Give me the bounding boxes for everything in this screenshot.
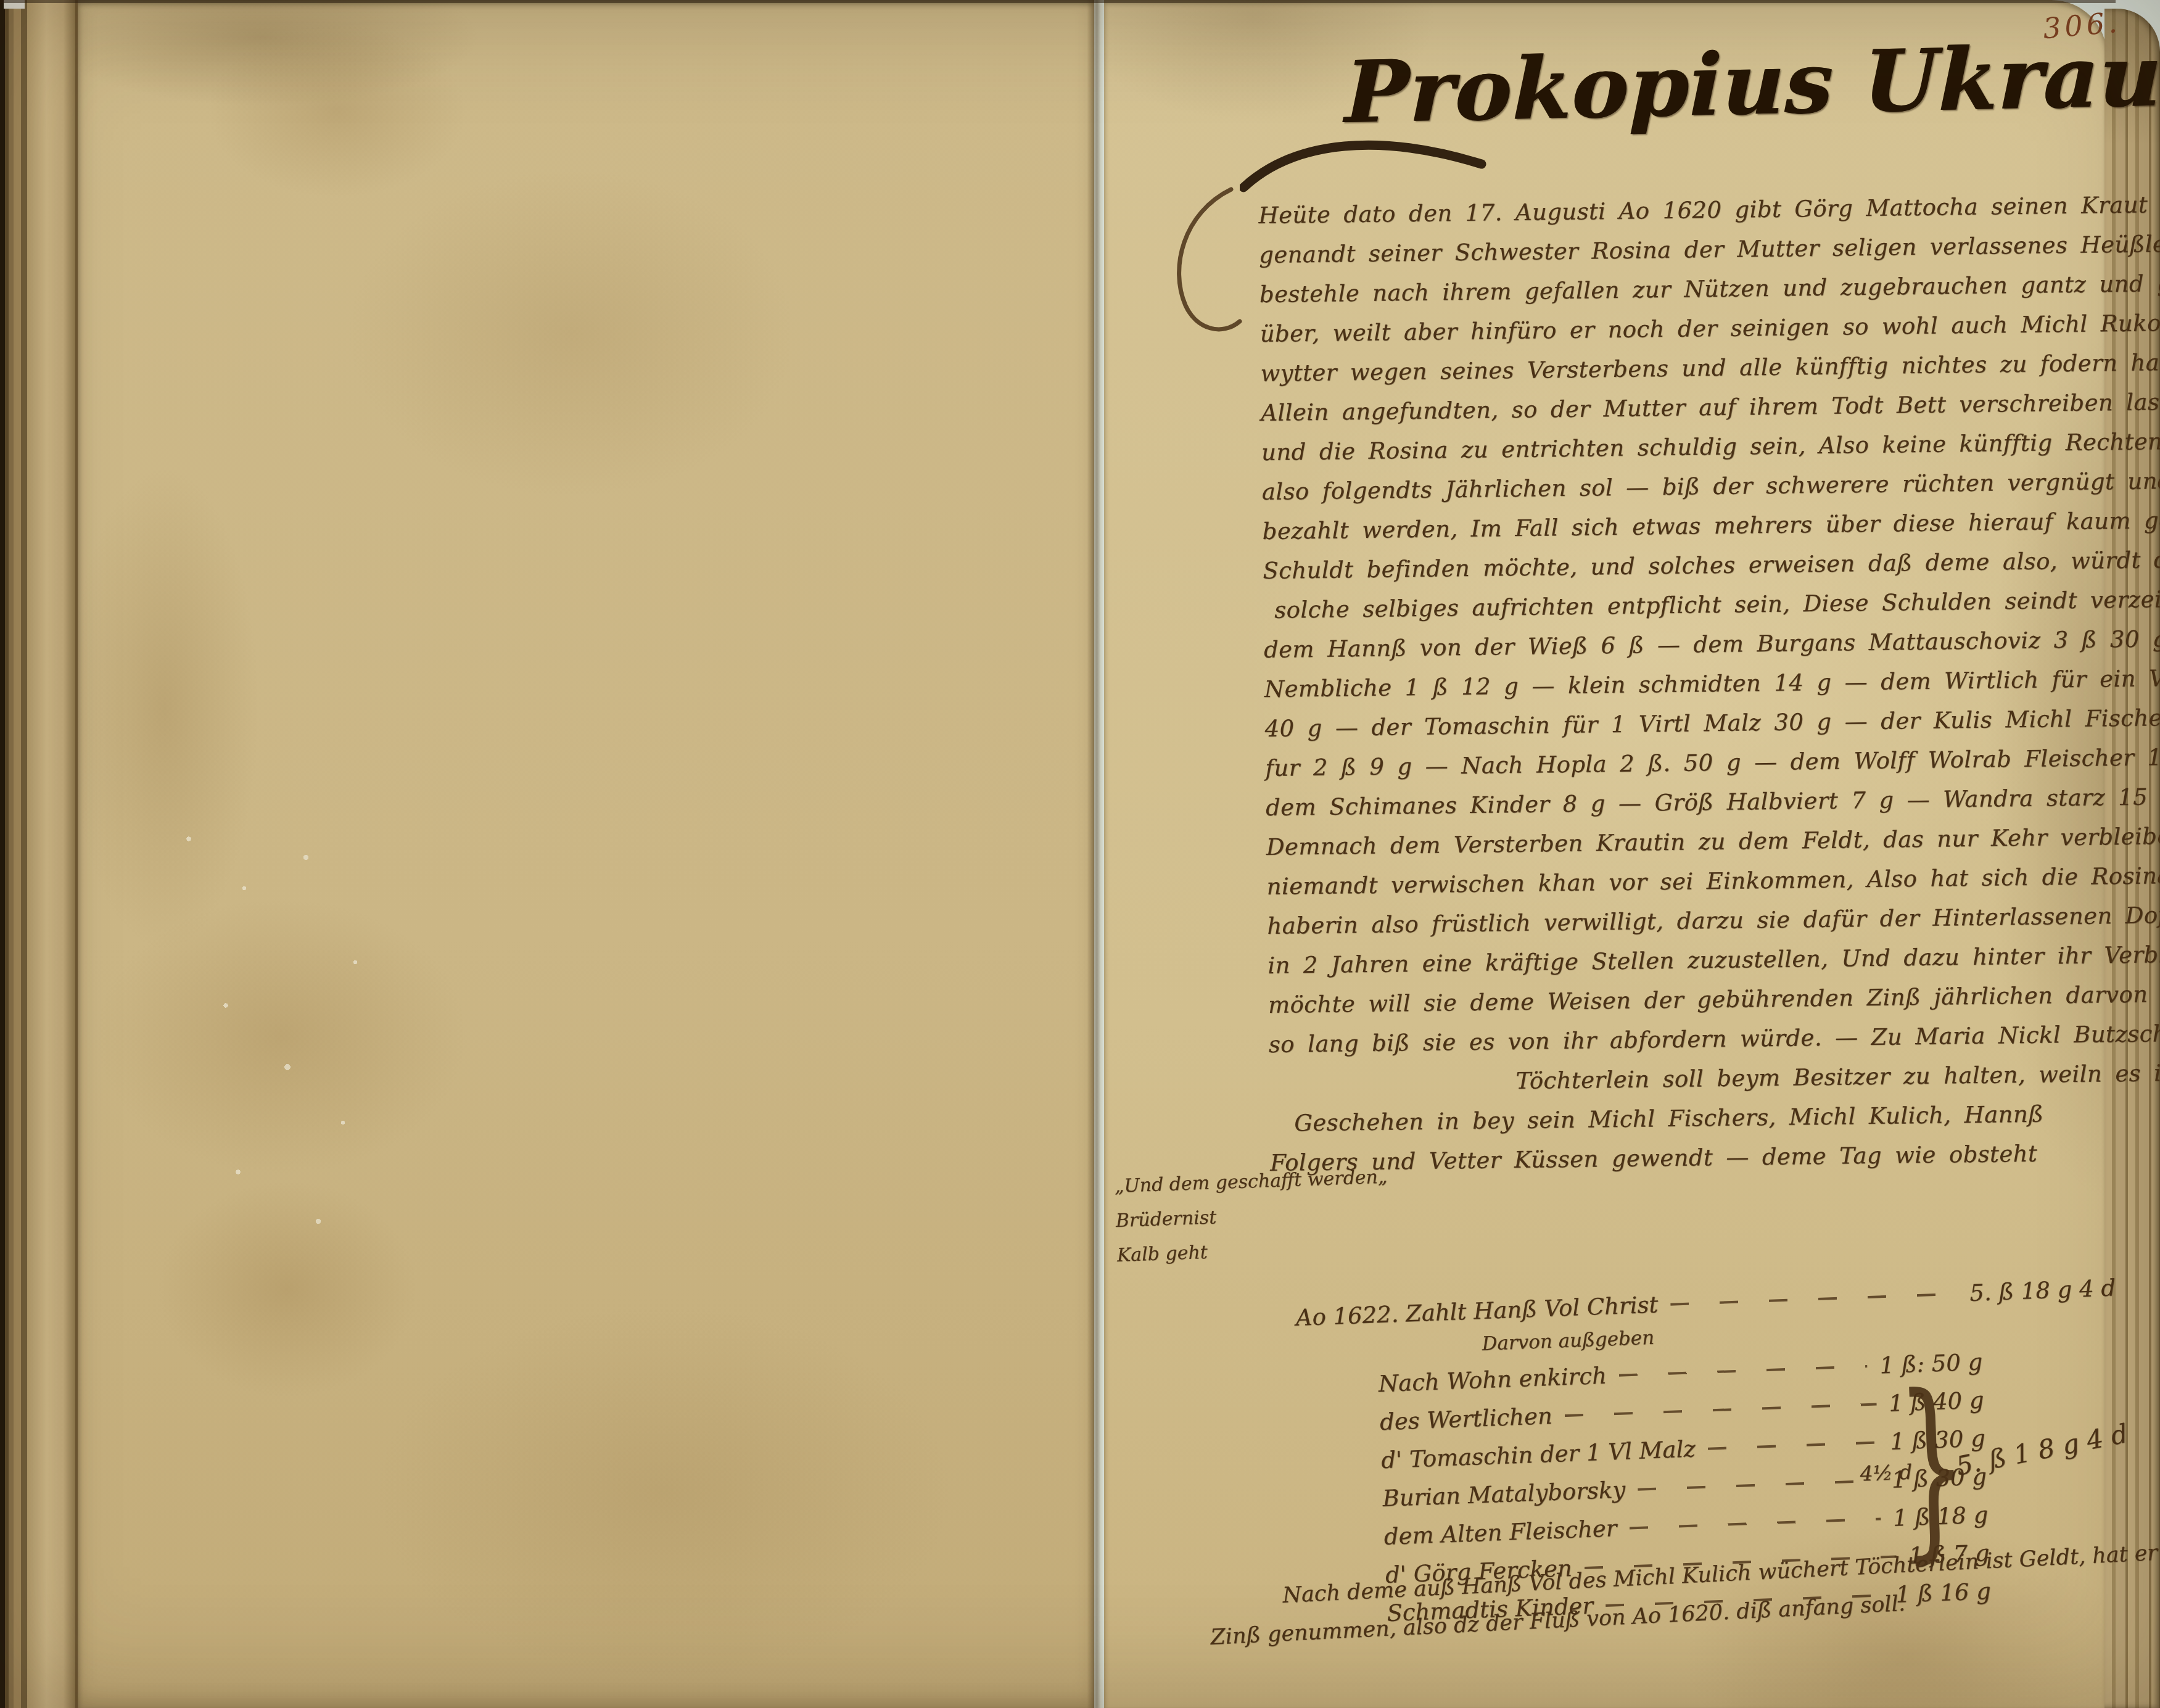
- book-binding-edge: [0, 0, 27, 1708]
- mold-speckles: [170, 802, 448, 1264]
- dash-leader: [1629, 1517, 1881, 1529]
- manuscript-photo: 306. Prokopius Ukraut. Heüte dato den 17…: [0, 0, 2160, 1708]
- dash-leader: [1638, 1479, 1879, 1490]
- underlying-page-edges-left: [27, 0, 78, 1708]
- book-top-edge: [0, 0, 2116, 3]
- dash-leader: [1565, 1403, 1877, 1417]
- page-title: Prokopius Ukraut.: [1344, 26, 2116, 142]
- page-gutter-crease: [1087, 0, 1105, 1708]
- initial-letter-flourish: [1158, 182, 1251, 349]
- dash-leader: [1619, 1365, 1868, 1377]
- account-side-note: 4½ d: [1860, 1460, 1913, 1486]
- margin-notes: „Und dem geschafft werden„ Brüdernist Ka…: [1114, 1157, 1487, 1273]
- left-page-blank: [78, 0, 1094, 1708]
- dash-leader: [1708, 1442, 1878, 1450]
- manuscript-body: Heüte dato den 17. Augusti Ao 1620 gibt …: [1258, 186, 2133, 1183]
- account-year-amount: 5. ß 18 g 4 d: [1969, 1274, 2116, 1306]
- account-item-label: des Wertlichen: [1379, 1397, 1553, 1442]
- dash-leader: [1670, 1292, 1957, 1305]
